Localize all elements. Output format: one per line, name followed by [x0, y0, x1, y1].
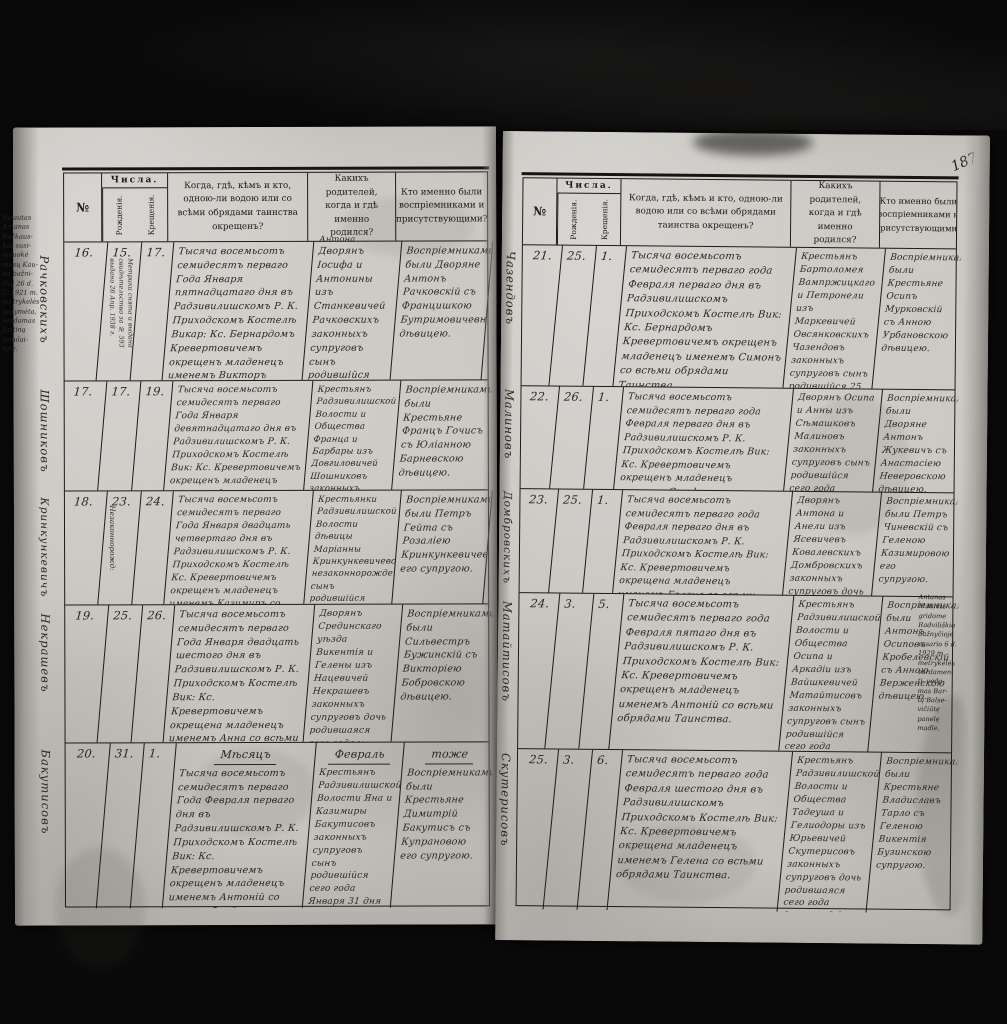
parents-entry: Крестьянъ Радзивилишской Волости и Общес…	[779, 596, 883, 752]
when-text: Тысяча восемьсотъ семидесятъ перваго Год…	[166, 768, 299, 908]
table-body: 16. 15. 17. Тысяча восемьсотъ семидесятъ…	[64, 241, 489, 908]
note-line: Vytautas	[2, 214, 48, 223]
margin-surname: Чазендовъ	[503, 251, 518, 381]
baptism-table-left: № Числа. Рожденія. Крещенія. Когда, гдѣ,…	[63, 171, 490, 907]
when-entry: Тысяча восемьсотъ семидесятъ перваго год…	[613, 490, 793, 595]
parents-entry: Февраль Крестьянъ Радзивилишской Волости…	[303, 743, 405, 908]
record-row-24: 24. 3. 5. Тысяча восемьсотъ семидесятъ п…	[518, 593, 952, 753]
parents-entry: Дворянъ Срединскаго уѣзда Викентія и Гел…	[304, 605, 404, 742]
parents-entry: Дворянъ Осипа и Анны изъ Сѣмашковъ Малин…	[784, 389, 883, 492]
margin-surname: Домбровскихъ	[501, 491, 514, 596]
godparents-entry: Воспріемниками были Крестьяне Владиславъ…	[867, 753, 959, 914]
scanned-register-spread: Vytautas Antanas Račkaus- kas susi- vytu…	[0, 0, 1007, 1024]
header-parents: Какихъ родителей, когда и гдѣ именно род…	[791, 181, 881, 248]
record-row-16: 16. 15. 17. Тысяча восемьсотъ семидесятъ…	[64, 241, 487, 381]
note-line: Antanas	[2, 223, 48, 232]
ink-smudge	[693, 129, 813, 156]
when-entry: Тысяча восемьсотъ семидесятъ перваго год…	[613, 246, 797, 388]
header-no: №	[64, 173, 102, 241]
month-heading: Февраль	[328, 747, 392, 765]
margin-surname: Бакутисовъ	[39, 750, 53, 900]
month-heading: Мѣсяцъ	[214, 747, 278, 765]
when-entry: Тысяча восемьсотъ семидесятъ перваго Год…	[164, 491, 314, 604]
baptism-table-right: № Числа. Рожденія. Крещенія. Когда, гдѣ,…	[516, 177, 958, 910]
header-chisla-label: Числа.	[102, 173, 167, 188]
header-baptized: Крещенія.	[135, 188, 167, 241]
when-entry: Мѣсяцъ Тысяча восемьсотъ семидесятъ перв…	[163, 743, 317, 908]
godparents-entry: Воспріемниками были Петръ Чиневскій съ Г…	[872, 493, 958, 597]
margin-surname: Шошниковъ	[38, 390, 52, 495]
margin-surname: Кринкункевичъ	[38, 498, 50, 608]
parents-entry: Крестьянки Радзивилишской Волости дѣвицы…	[304, 491, 402, 604]
header-born: Рожденія.	[557, 194, 589, 245]
godparents-entry: Воспріемниками были Дворяне Антонъ Жукев…	[873, 390, 959, 493]
godparents-entry: Воспріемниками были Петръ Гейта съ Розал…	[392, 490, 493, 603]
record-row-17: 17. 17. 19. Тысяча восемьсотъ семидесятъ…	[65, 380, 488, 491]
record-row-19: 19. 25. 26. Тысяча восемьсотъ семидесятъ…	[65, 604, 488, 743]
when-entry: Тысяча восемьсотъ семидесятъ перваго год…	[609, 594, 794, 750]
interlinear-insertion: Антона	[319, 235, 355, 245]
table-header: № Числа. Рожденія. Крещенія. Когда, гдѣ,…	[64, 172, 487, 242]
header-born: Рожденія.	[102, 188, 135, 241]
godparents-entry: Воспріемниками были Сильвестръ Бужинскій…	[392, 604, 495, 741]
record-row-18: 18. 23. 24. Тысяча восемьсотъ семидесятъ…	[65, 490, 488, 605]
when-entry: Тысяча восемьсотъ семидесятъ перваго год…	[614, 387, 794, 491]
record-row-21: 21. 25. 1. Тысяча восемьсотъ семидесятъ …	[522, 245, 956, 390]
margin-surname: Малиновъ	[502, 389, 517, 489]
record-number-note: выдано 26 Апр. 1938 г. свидѣтельство за …	[108, 258, 134, 376]
left-page: Vytautas Antanas Račkaus- kas susi- vytu…	[13, 126, 498, 925]
godparents-text: Воспріемниками были Крестьяне Димитрій Б…	[400, 767, 496, 861]
margin-surname: Некрашевъ	[38, 614, 52, 744]
record-row-20: 20. 31. 1. Мѣсяцъ Тысяча восемьсотъ семи…	[66, 742, 489, 908]
illegitimate-note: Незаконнорожд:	[108, 505, 117, 601]
header-godparents: Кто именно были воспріемниками и присутс…	[880, 182, 957, 249]
when-entry: Тысяча восемьсотъ семидесятъ перваго Год…	[163, 242, 315, 380]
margin-surname: Матайтисовъ	[499, 601, 514, 746]
godparents-entry: Воспріемниками были Антонъ Осиповъ Кробе…	[868, 597, 959, 753]
header-godparents: Кто именно были воспріемниками и присутс…	[396, 172, 487, 240]
header-when: Когда, гдѣ, кѣмъ и кто, одною-ли водою и…	[168, 173, 308, 241]
when-entry: Тысяча восемьсотъ семидесятъ перваго Год…	[164, 381, 313, 490]
header-chisla: Числа. Рожденія. Крещенія.	[102, 173, 168, 241]
godparents-entry: тоже Воспріемниками были Крестьяне Димит…	[391, 742, 496, 907]
header-chisla-label: Числа.	[557, 179, 620, 195]
record-row-25: 25. 3. 6. Тысяча восемьсотъ семидесятъ п…	[517, 749, 952, 913]
parents-entry: Крестьянъ Бартоломея Вампржицкаго и Петр…	[783, 248, 886, 389]
parents-entry: Дворянъ Антона и Анели изъ Ясевичевъ Ков…	[783, 492, 882, 596]
header-baptized: Крещенія.	[589, 194, 620, 245]
margin-surname: Рачковскихъ	[37, 256, 51, 386]
note-line: Račkaus-	[2, 232, 48, 241]
margin-surname: Скутерисовъ	[498, 753, 513, 903]
header-when: Когда, гдѣ, кѣмъ и кто, одною-ли водою и…	[621, 179, 792, 247]
same-heading: тоже	[424, 746, 474, 764]
godparents-entry: Воспріемниками были Дворяне Антонъ Рачко…	[391, 241, 494, 379]
parents-entry: Дворянъ Іосифа и Антонины изъ Станкевиче…	[303, 242, 403, 380]
parents-text: Крестьянъ Радзивилишской Волости Яна и К…	[303, 768, 401, 908]
page-number: 187.	[949, 148, 984, 175]
table-body: 21. 25. 1. Тысяча восемьсотъ семидесятъ …	[517, 245, 956, 913]
header-chisla: Числа. Рожденія. Крещенія.	[557, 179, 622, 246]
table-header: № Числа. Рожденія. Крещенія. Когда, гдѣ,…	[523, 178, 957, 249]
record-row-22: 22. 26. 1. Тысяча восемьсотъ семидесятъ …	[521, 386, 955, 493]
godparents-entry: Воспріемниками были Крестьяне Францъ Гоч…	[392, 380, 492, 489]
parents-entry: Крестьянъ Радзивилишской Волости и Общес…	[778, 752, 883, 913]
note-line: kas susi-	[2, 242, 48, 251]
header-no: №	[523, 178, 558, 244]
when-entry: Тысяча восемьсотъ семидесятъ перваго Год…	[164, 605, 316, 742]
when-entry: Тысяча восемьсотъ семидесятъ перваго год…	[608, 750, 794, 911]
parents-entry: Крестьянъ Радзивилишской Волости и Общес…	[304, 381, 401, 490]
record-row-23: 23. 25. 1. Тысяча восемьсотъ семидесятъ …	[520, 489, 954, 597]
header-parents: Какихъ родителей, когда и гдѣ именно род…	[308, 173, 396, 241]
godparents-entry: Воспріемниками были Крестьяне Осипъ Мурк…	[872, 249, 962, 390]
right-page: 187. Antanas Mataitis gridome Radviliški…	[495, 131, 990, 945]
